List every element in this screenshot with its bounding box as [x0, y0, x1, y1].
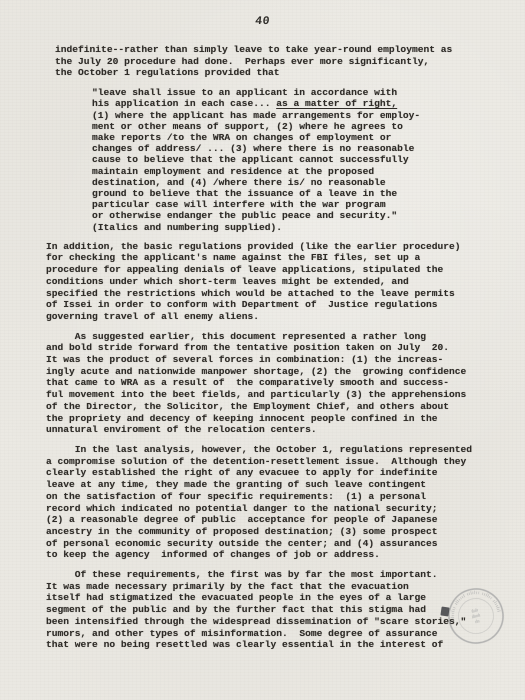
quote-underlined-phrase: as a matter of right, [276, 98, 397, 109]
paragraph-2: In addition, the basic regulations provi… [46, 241, 491, 323]
page-content: indefinite--rather than simply leave to … [46, 44, 491, 659]
quote-text-part2: (1) where the applicant has made arrange… [92, 110, 420, 233]
page-number: 40 [0, 15, 525, 28]
scanned-document-page: 40 indefinite--rather than simply leave … [0, 0, 525, 700]
received-stamp-icon: ıılıılıı ıllıııl ıılılıı ııllıı ılıılıl … [440, 580, 513, 653]
paragraph-4: In the last analysis, however, the Octob… [46, 444, 491, 561]
block-quote: "leave shall issue to an applicant in ac… [92, 87, 491, 233]
paragraph-1: indefinite--rather than simply leave to … [55, 44, 491, 79]
paragraph-3: As suggested earlier, this document repr… [46, 331, 491, 436]
stamp-center-line3: ılıı [475, 618, 481, 624]
paragraph-5: Of these requirements, the first was by … [46, 569, 491, 651]
ink-blot-mark [440, 606, 449, 616]
